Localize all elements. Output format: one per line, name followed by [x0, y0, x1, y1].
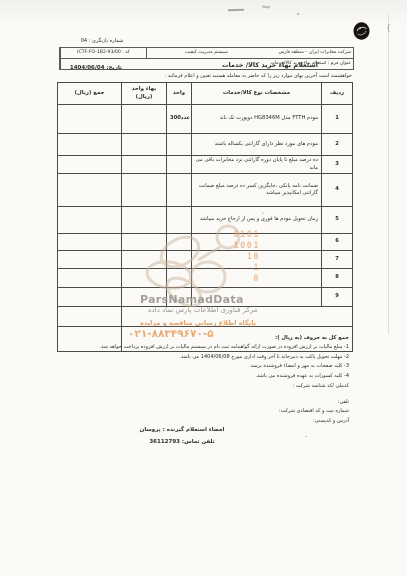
unit-price-cell — [122, 134, 167, 156]
unit-price-cell — [122, 288, 167, 307]
vendor-field-company-id: کدملی /کد شناسه شرکت : — [57, 382, 349, 392]
unit-cell — [167, 156, 192, 174]
pre-total-empty-cell — [122, 307, 353, 327]
note-item: 4- کلیه کسورات به عهده فروشنده می باشد. — [57, 372, 349, 382]
total-cell — [58, 134, 122, 156]
row-number: 3 — [322, 156, 353, 174]
date-field: تاریخ: 1404/06/04 — [52, 65, 122, 71]
table-row: 6 — [58, 234, 353, 251]
row-number: 7 — [322, 251, 353, 269]
unit-price-cell — [122, 105, 167, 134]
unit-price-cell — [122, 207, 167, 234]
pre-total-amount-cell — [58, 307, 122, 327]
total-cell — [58, 288, 122, 307]
request-sentence: خواهشمند است آخرین بهای موارد زیر را که … — [165, 73, 352, 79]
scanned-inquiry-form: { شماره بازنگری : 04 کد : ICTF-FO-1B2-93… — [0, 0, 407, 576]
unit-price-cell — [122, 269, 167, 288]
item-spec — [192, 234, 322, 251]
form-code: کد : ICTF-FO-1B2-93/00 — [60, 48, 146, 59]
signature-block: امضاء استعلام گیرنده : پروسان تلفن تماس:… — [112, 424, 252, 448]
row-number: 5 — [322, 207, 353, 234]
row-number: 2 — [322, 134, 353, 156]
scan-artifact — [297, 13, 299, 15]
vendor-field-phone: تلفن: — [57, 398, 349, 408]
item-spec: زمان تحویل مودم ها فوری و پس از ارجاع خر… — [192, 207, 322, 234]
note-item: 1- مبلغ مالیات بر ارزش افزوده در صورت ار… — [57, 343, 349, 353]
col-header-unit-price: بهاء واحد (ریال) — [122, 83, 167, 105]
table-row: 2 مودم های مورد نظر دارای گارانتی یکساله… — [58, 134, 353, 156]
col-header-spec: مشخصات نوع کالا/خدمات — [192, 83, 322, 105]
total-cell — [58, 174, 122, 207]
table-row: 4 ضمانت نامه بانکی ،جایگزین کسر ده درصد … — [58, 174, 353, 207]
unit-price-cell — [122, 174, 167, 207]
table-row: 8 — [58, 269, 353, 288]
col-header-total: جمع (ریال) — [58, 83, 122, 105]
table-row: 7 — [58, 251, 353, 269]
scan-shading — [0, 0, 407, 28]
unit-price-cell — [122, 234, 167, 251]
note-item: 2- مهلت تحویل پاکت به دبیرخانه تا آخر وق… — [57, 353, 349, 363]
note-item: 3- کلیه صفحات به مهر و امضاء فروشنده برس… — [57, 362, 349, 372]
total-cell — [58, 105, 122, 134]
table-row: 3 ده درصد مبلغ تا پایان دوره گارانتی نزد… — [58, 156, 353, 174]
unit-cell — [167, 207, 192, 234]
table-row: 9 — [58, 288, 353, 307]
unit-cell — [167, 134, 192, 156]
col-header-row-number: ردیف — [322, 83, 353, 105]
item-spec: مودم FTTH مدل HG8346M دوپورت تک باند — [192, 105, 322, 134]
item-spec: ده درصد مبلغ تا پایان دوره گارانتی نزد م… — [192, 156, 322, 174]
page-edge-line — [388, 14, 389, 334]
company-name: شرکت مخابرات ایران – منطقه فارس — [266, 48, 353, 59]
row-number: 1 — [322, 105, 353, 134]
item-spec — [192, 288, 322, 307]
item-spec — [192, 251, 322, 269]
signature-receiver: امضاء استعلام گیرنده : پروسان — [112, 424, 252, 436]
table-row: 1 مودم FTTH مدل HG8346M دوپورت تک باند 3… — [58, 105, 353, 134]
qms-label: سیستم مدیریت کیفیت — [146, 48, 266, 59]
total-cell — [58, 269, 122, 288]
unit-price-cell — [122, 156, 167, 174]
unit-cell: 300عدد — [167, 105, 192, 134]
items-table: ردیف مشخصات نوع کالا/خدمات واحد بهاء واح… — [57, 82, 353, 352]
unit-cell — [167, 251, 192, 269]
scan-artifact — [305, 436, 307, 437]
row-number: 6 — [322, 234, 353, 251]
total-cell — [58, 251, 122, 269]
total-cell — [58, 156, 122, 174]
notes-section: 1- مبلغ مالیات بر ارزش افزوده در صورت ار… — [57, 343, 349, 426]
revision-number: شماره بازنگری : 04 — [59, 38, 145, 44]
row-number: 8 — [322, 269, 353, 288]
pre-total-row — [58, 307, 353, 327]
item-spec: ضمانت نامه بانکی ،جایگزین کسر ده درصد مب… — [192, 174, 322, 207]
col-header-unit: واحد — [167, 83, 192, 105]
unit-cell — [167, 269, 192, 288]
table-header-row: ردیف مشخصات نوع کالا/خدمات واحد بهاء واح… — [58, 83, 353, 105]
row-number: 9 — [322, 288, 353, 307]
unit-cell — [167, 174, 192, 207]
unit-cell — [167, 234, 192, 251]
total-cell — [58, 234, 122, 251]
table-row: 5 زمان تحویل مودم ها فوری و پس از ارجاع … — [58, 207, 353, 234]
unit-price-cell — [122, 251, 167, 269]
tci-company-logo-icon — [353, 22, 370, 40]
item-spec: مودم های مورد نظر دارای گارانتی یکساله ب… — [192, 134, 322, 156]
scan-artifact: { — [386, 23, 391, 32]
total-cell — [58, 207, 122, 234]
row-number: 4 — [322, 174, 353, 207]
signature-contact-phone: تلفن تماس: 36112793 — [112, 436, 252, 448]
unit-cell — [167, 288, 192, 307]
page-title: استعلام بهاء خرید کالا/ خدمات — [205, 61, 335, 69]
item-spec — [192, 269, 322, 288]
vendor-field-registration: شماره ثبت و کد اقتصادی شرکت: — [57, 407, 349, 417]
